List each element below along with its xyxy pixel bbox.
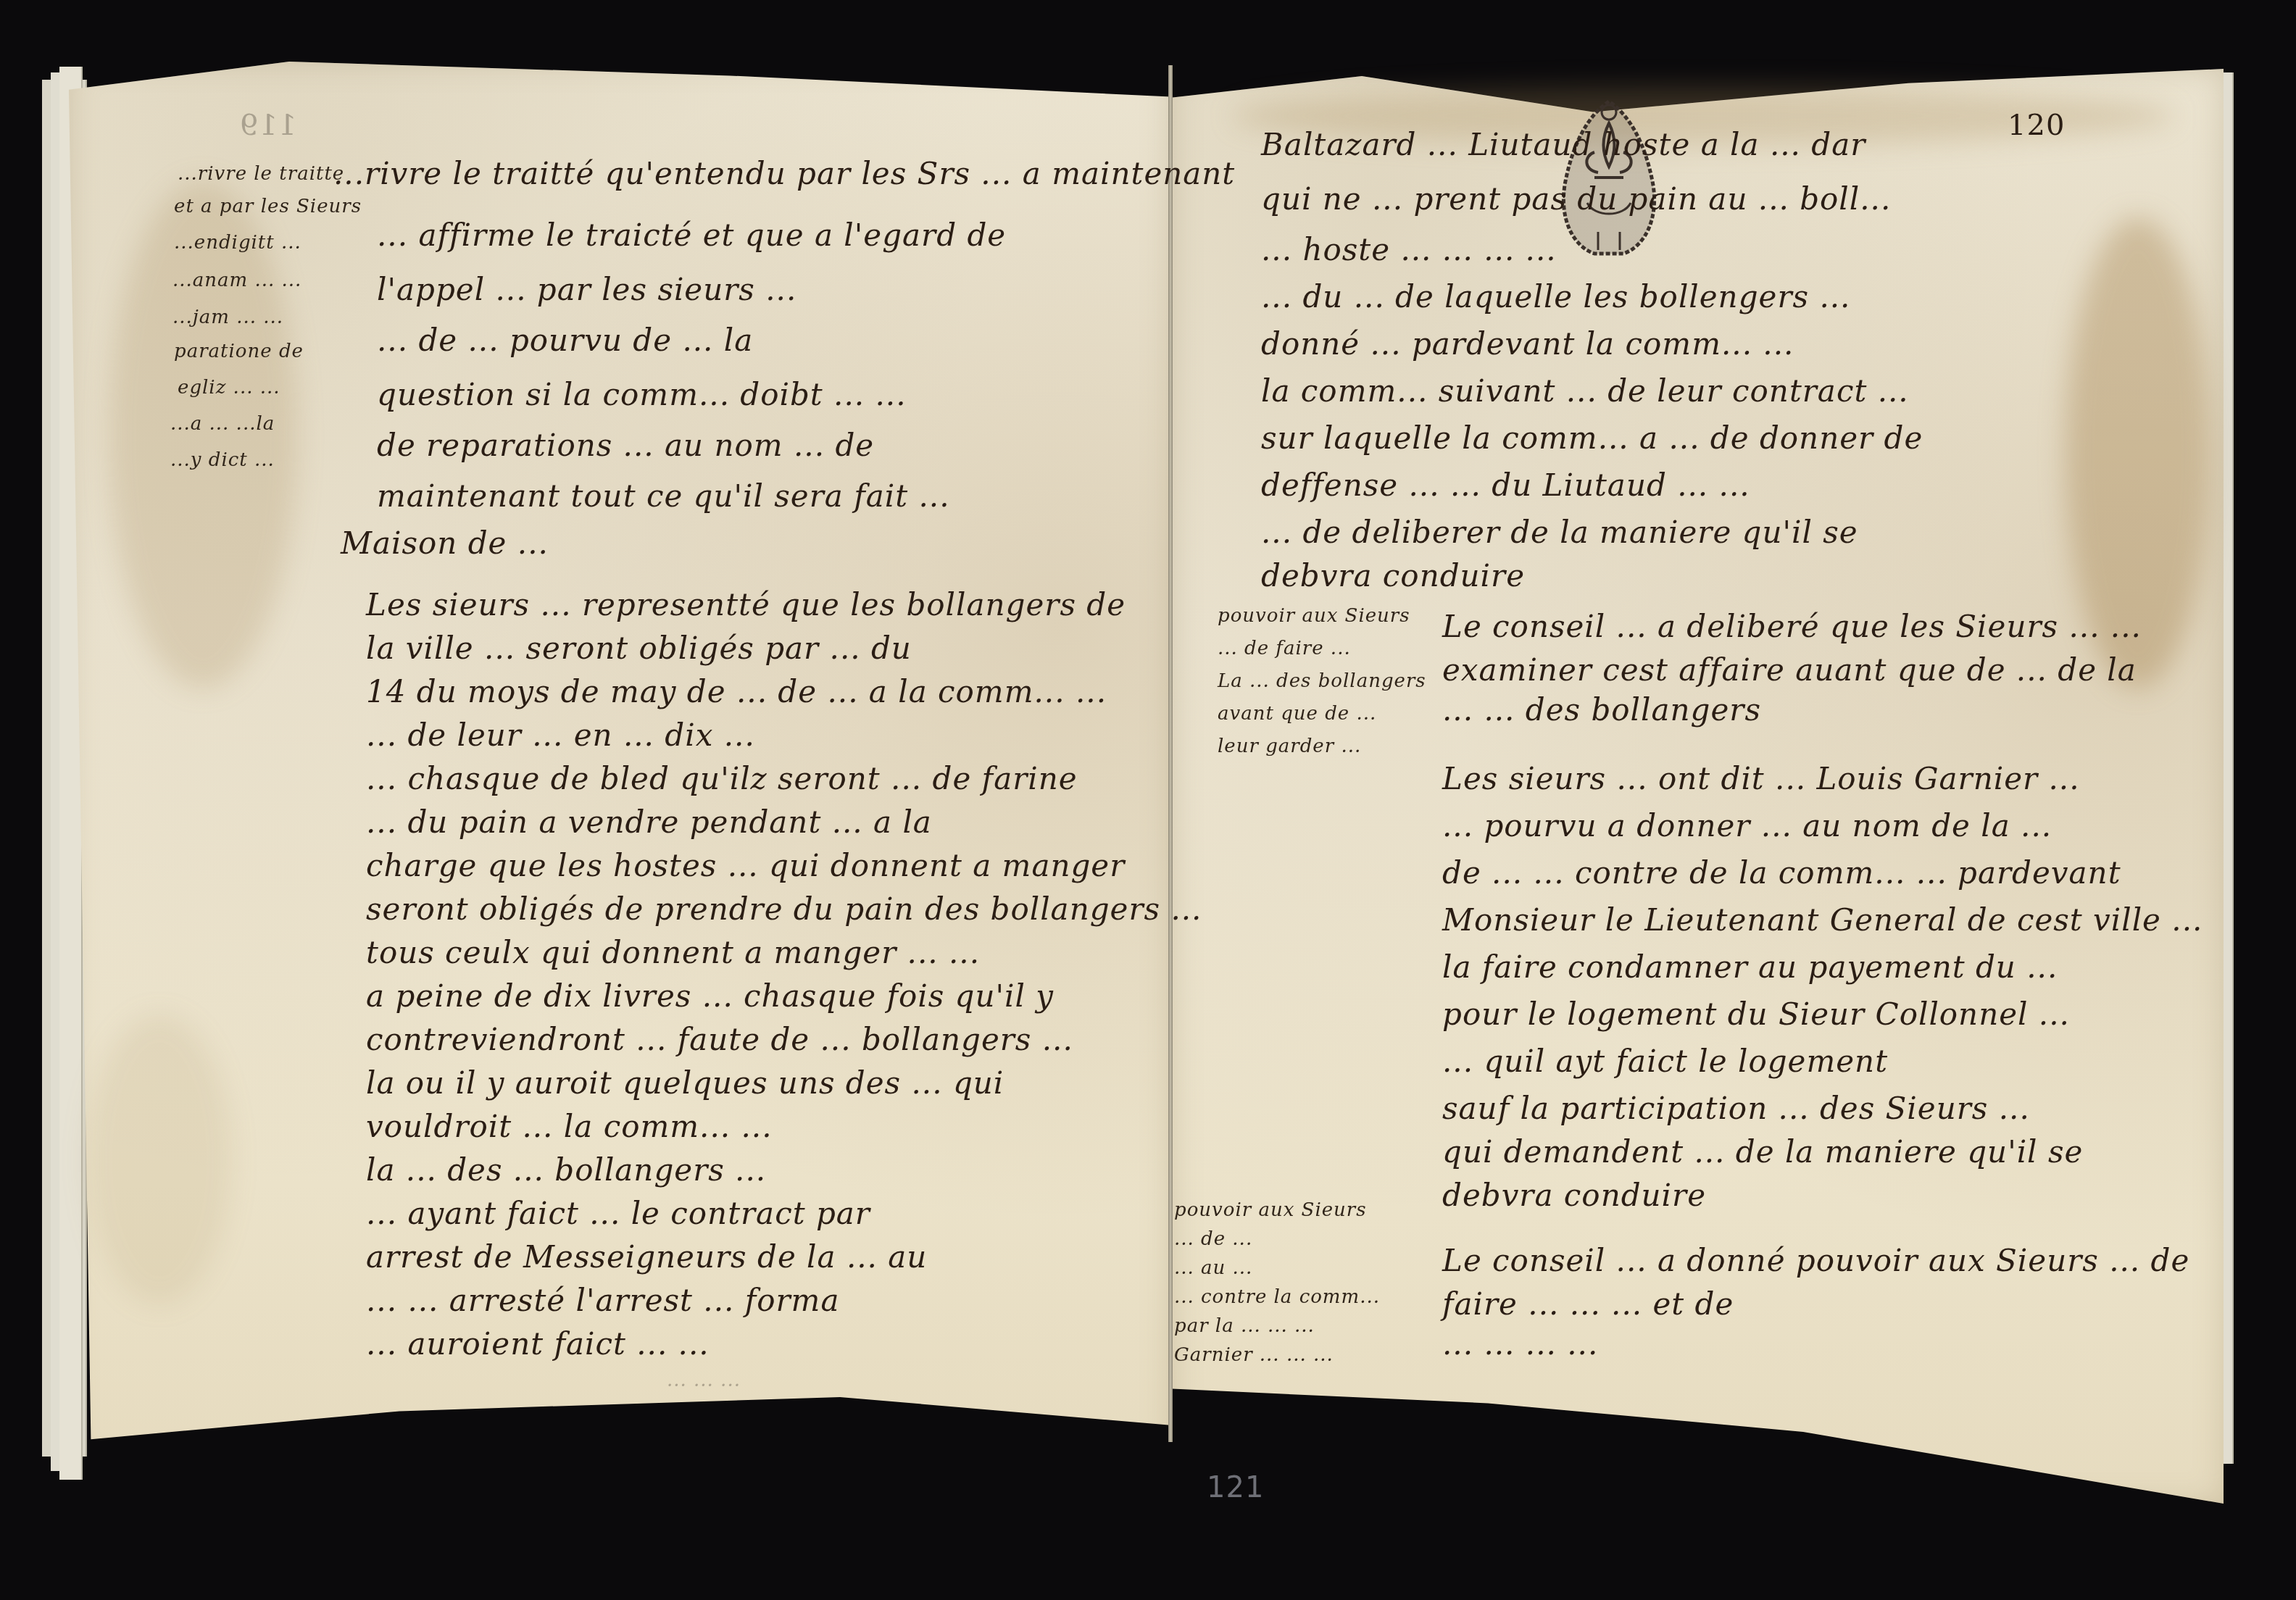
text-line: 14 du moys de may de ... de ... a la com… <box>366 674 1107 709</box>
text-line: ... ayant faict ... le contract par <box>366 1196 870 1231</box>
text-line: ... auroient faict ... ... <box>366 1326 710 1362</box>
margin-note: ... contre la comm... <box>1174 1286 1380 1308</box>
text-line: de ... ... contre de la comm... ... pard… <box>1442 855 2121 891</box>
text-line: ... de leur ... en ... dix ... <box>366 717 755 753</box>
section-heading: Maison de ... <box>341 525 549 561</box>
text-line: ... chasque de bled qu'ilz seront ... de… <box>366 761 1078 796</box>
text-line: debvra conduire <box>1261 558 1525 593</box>
text-line: question si la comm... doibt ... ... <box>377 377 907 412</box>
text-line: seront obligés de prendre du pain des bo… <box>366 891 1202 927</box>
margin-note: egliz ... ... <box>178 377 280 399</box>
text-line: Les sieurs ... ont dit ... Louis Garnier… <box>1442 761 2080 796</box>
text-line: la ... des ... bollangers ... <box>366 1152 766 1188</box>
text-line: qui demandent ... de la maniere qu'il se <box>1442 1134 2083 1170</box>
margin-note: par la ... ... ... <box>1174 1315 1315 1337</box>
text-line: ... ... arresté l'arrest ... forma <box>366 1283 839 1318</box>
text-line: la ville ... seront obligés par ... du <box>366 630 912 666</box>
text-line: maintenant tout ce qu'il sera fait ... <box>377 478 950 514</box>
margin-note: La ... des bollangers <box>1218 670 1426 692</box>
text-line: la comm... suivant ... de leur contract … <box>1261 373 1909 409</box>
text-line: ... du ... de laquelle les bollengers ..… <box>1261 279 1850 314</box>
text-line: sur laquelle la comm... a ... de donner … <box>1261 420 1923 456</box>
text-line: Les sieurs ... representté que les bolla… <box>366 587 1126 622</box>
margin-note: avant que de ... <box>1218 703 1376 725</box>
margin-note: leur garder ... <box>1218 736 1361 757</box>
text-line: charge que les hostes ... qui donnent a … <box>366 848 1125 883</box>
margin-note: ...y dict ... <box>170 449 275 471</box>
text-line: pour le logement du Sieur Collonnel ... <box>1442 996 2070 1032</box>
text-line: examiner cest affaire auant que de ... d… <box>1442 652 2137 688</box>
margin-note: ... au ... <box>1174 1257 1252 1279</box>
text-line: faire ... ... ... et de <box>1442 1286 1734 1322</box>
margin-note: Garnier ... ... ... <box>1174 1344 1334 1366</box>
text-line: ...rivre le traitté qu'entendu par les S… <box>333 156 1235 191</box>
margin-note: ... de ... <box>1174 1228 1252 1250</box>
margin-note: et a par les Sieurs <box>174 196 362 217</box>
margin-note: pouvoir aux Sieurs <box>1174 1199 1367 1221</box>
text-line: ... quil ayt faict le logement <box>1442 1043 1888 1079</box>
text-line: ... pourvu a donner ... au nom de la ... <box>1442 808 2052 843</box>
text-line: Le conseil ... a deliberé que les Sieurs… <box>1442 609 2142 644</box>
faint-footer-text: ... ... ... <box>667 1370 741 1391</box>
margin-note: ... de faire ... <box>1218 638 1351 659</box>
margin-note: ...anam ... ... <box>172 270 301 291</box>
text-line: arrest de Messeigneurs de la ... au <box>366 1239 927 1275</box>
margin-note: ...endigitt ... <box>174 232 301 254</box>
text-line: contreviendront ... faute de ... bollang… <box>366 1022 1073 1057</box>
text-line: ... du pain a vendre pendant ... a la <box>366 804 932 840</box>
text-line: sauf la participation ... des Sieurs ... <box>1442 1091 2030 1126</box>
text-line: ... de deliberer de la maniere qu'il se <box>1261 514 1858 550</box>
text-line: vouldroit ... la comm... ... <box>366 1109 773 1144</box>
text-line: ... hoste ... ... ... ... <box>1261 232 1557 267</box>
bleed-through-page-number: 119 <box>239 109 296 142</box>
text-line: ... ... des bollangers <box>1442 692 1761 728</box>
text-line: la faire condamner au payement du ... <box>1442 949 2058 985</box>
manuscript-spread: 119 ...rivre le traitte et a par les Sie… <box>0 0 2296 1600</box>
text-line: Monsieur le Lieutenant General de cest v… <box>1442 902 2203 938</box>
text-line: l'appel ... par les sieurs ... <box>377 272 796 307</box>
text-line: ... ... ... ... <box>1442 1326 1598 1362</box>
margin-note: pouvoir aux Sieurs <box>1218 605 1410 627</box>
text-line: qui ne ... prent pas du pain au ... boll… <box>1261 181 1891 217</box>
folio-number: 120 <box>2008 109 2065 142</box>
margin-note: ...rivre le traitte <box>178 163 344 185</box>
water-stain <box>109 181 297 688</box>
text-line: a peine de dix livres ... chasque fois q… <box>366 978 1054 1014</box>
text-line: debvra conduire <box>1442 1178 1706 1213</box>
water-stain <box>87 1014 232 1304</box>
text-line: la ou il y auroit quelques uns des ... q… <box>366 1065 1004 1101</box>
text-line: Baltazard ... Liutaud hoste a la ... dar <box>1261 127 1865 162</box>
text-line: de reparations ... au nom ... de <box>377 428 874 463</box>
pencil-page-number: 121 <box>1207 1471 1264 1504</box>
book-gutter <box>1168 65 1173 1442</box>
text-line: tous ceulx qui donnent a manger ... ... <box>366 935 980 970</box>
text-line: Le conseil ... a donné pouvoir aux Sieur… <box>1442 1243 2189 1278</box>
text-line: donné ... pardevant la comm... ... <box>1261 326 1794 362</box>
text-line: ... affirme le traicté et que a l'egard … <box>377 217 1006 253</box>
fleur-de-lis-stamp-icon <box>1544 94 1674 261</box>
margin-note: ...jam ... ... <box>172 307 283 328</box>
text-line: ... de ... pourvu de ... la <box>377 322 753 358</box>
margin-note: ...a ... ...la <box>170 413 275 435</box>
text-line: deffense ... ... du Liutaud ... ... <box>1261 467 1750 503</box>
margin-note: paratione de <box>174 341 304 362</box>
